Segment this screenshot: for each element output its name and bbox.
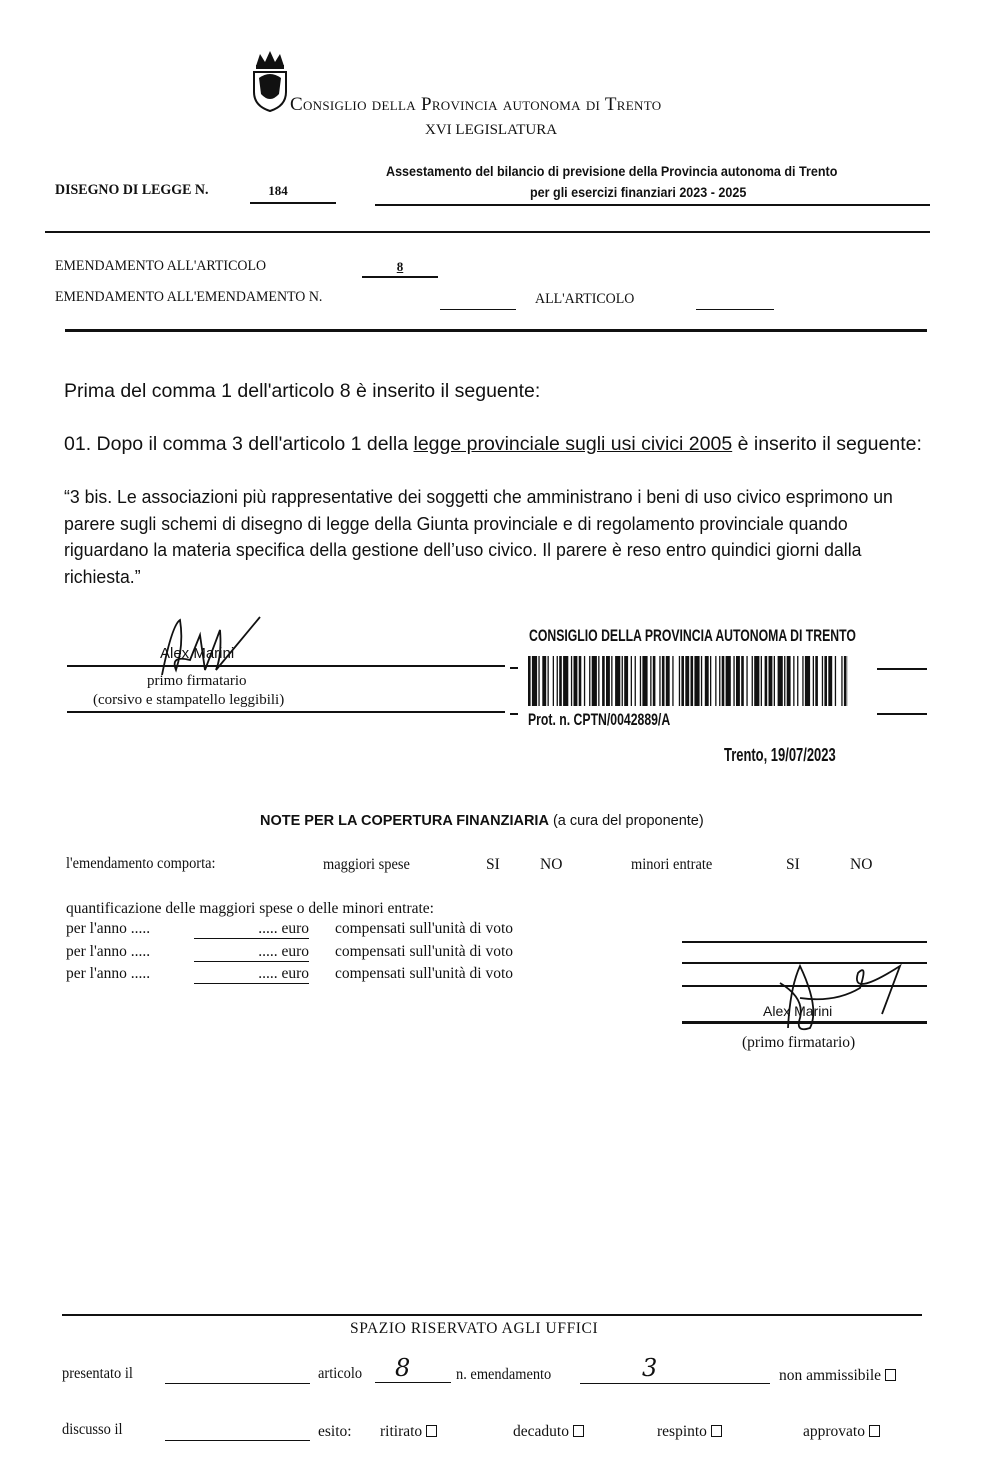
more-expenses-yes[interactable]: SI [486,856,500,874]
divider-1 [45,231,930,233]
signature-instructions: (corsivo e stampatello leggibili) [93,692,284,709]
quantification-amount[interactable]: ..... euro [194,943,309,962]
divider-2 [65,329,927,332]
financial-signer-role: (primo firmatario) [742,1034,855,1052]
bill-title-line1: Assestamento del bilancio di previsione … [386,164,837,179]
law-reference-link[interactable]: legge provinciale sugli usi civici 2005 [414,433,733,455]
amendment-to-article-field[interactable] [696,291,774,310]
quantification-year: per l'anno ..... [66,920,150,938]
amendment-to-article-label: ALL'ARTICOLO [535,291,634,308]
bill-title-underline [375,204,930,206]
amendment-to-amendment-field[interactable] [440,291,516,310]
inadmissible-label: non ammissibile [779,1367,881,1384]
paragraph-prefix: 01. Dopo il comma 3 dell'articolo 1 dell… [64,433,414,455]
article-handwritten-value: 8 [395,1354,410,1382]
protocol-number: Prot. n. CPTN/0042889/A [528,710,670,730]
quantification-offset: compensati sull'unità di voto [335,943,513,961]
bill-number-underline [250,202,336,204]
amendment-no-label: n. emendamento [456,1366,551,1384]
trento-coat-of-arms-icon [250,48,290,112]
article-field[interactable]: 8 [375,1360,451,1383]
amendment-paragraph: 01. Dopo il comma 3 dell'articolo 1 dell… [64,433,934,455]
outcome-label: approvato [803,1423,865,1440]
stamp-organization: CONSIGLIO DELLA PROVINCIA AUTONOMA DI TR… [529,626,856,646]
amendment-intro: Prima del comma 1 dell'articolo 8 è inse… [64,380,540,403]
stamp-mark-right-bottom [877,713,927,715]
outcome-label: respinto [657,1423,707,1440]
outcome-checkbox[interactable] [869,1425,880,1437]
amendment-to-amendment-label: EMENDAMENTO ALL'EMENDAMENTO N. [55,289,322,306]
outcome-option-decaduto[interactable]: decaduto [513,1423,584,1441]
signer-name-left: Alex Marini [160,645,234,662]
discussed-label: discusso il [62,1421,122,1439]
amendment-quote: “3 bis. Le associazioni più rappresentat… [64,484,904,590]
handwritten-signature-icon [780,958,910,1038]
financial-heading: NOTE PER LA COPERTURA FINANZIARIA (a cur… [260,813,704,829]
presented-label: presentato il [62,1365,133,1383]
bill-number-value: 184 [268,183,288,199]
bill-number: 184 [250,183,336,199]
amendment-no-handwritten-value: 3 [642,1354,657,1382]
paragraph-suffix: è inserito il seguente: [732,433,922,455]
stamp-place-date: Trento, 19/07/2023 [724,745,836,766]
outcome-option-ritirato[interactable]: ritirato [380,1423,437,1441]
bill-title-line2: per gli esercizi finanziari 2023 - 2025 [530,185,746,200]
less-revenue-no[interactable]: NO [850,856,872,874]
less-revenue-label: minori entrate [631,856,712,874]
quantification-amount[interactable]: ..... euro [194,920,309,939]
emblem [250,48,290,112]
signature-line-left [67,665,505,667]
quantification-year: per l'anno ..... [66,943,150,961]
financial-heading-bold: NOTE PER LA COPERTURA FINANZIARIA [260,813,549,829]
office-divider [62,1314,922,1316]
quantification-amount[interactable]: ..... euro [194,965,309,984]
barcode-icon [528,656,848,706]
outcome-label: decaduto [513,1423,569,1440]
financial-sign-line-1 [682,941,927,943]
outcome-checkbox[interactable] [426,1425,437,1437]
presented-date-field[interactable] [165,1366,310,1384]
quantification-year: per l'anno ..... [66,965,150,983]
council-title: Consiglio della Provincia autonoma di Tr… [290,94,661,116]
protocol-barcode [528,656,848,706]
outcome-option-approvato[interactable]: approvato [803,1423,880,1441]
outcome-checkbox[interactable] [573,1425,584,1437]
discussed-date-field[interactable] [165,1423,310,1441]
amendment-no-field[interactable]: 3 [580,1360,770,1384]
stamp-mark-right-top [877,668,927,670]
amendment-article-number: 8 [362,259,438,275]
financial-sign-line-main [682,1021,927,1024]
outcome-checkbox[interactable] [711,1425,722,1437]
quantification-label: quantificazione delle maggiori spese o d… [66,900,434,918]
legislature: XVI LEGISLATURA [425,122,557,139]
stamp-mark-left-top [510,667,518,669]
entails-label: l'emendamento comporta: [66,855,216,873]
financial-heading-note: (a cura del proponente) [549,813,704,829]
financial-signer-name: Alex Marini [763,1003,832,1019]
signature-instructions-line [67,711,505,713]
quantification-offset: compensati sull'unità di voto [335,920,513,938]
article-label: articolo [318,1365,362,1383]
inadmissible-checkbox[interactable] [885,1369,896,1381]
more-expenses-no[interactable]: NO [540,856,562,874]
amendment-article-underline [362,276,438,278]
amendment-article-label: EMENDAMENTO ALL'ARTICOLO [55,258,266,275]
outcome-label: esito: [318,1423,352,1441]
more-expenses-label: maggiori spese [323,856,410,874]
inadmissible-option[interactable]: non ammissibile [779,1367,896,1385]
stamp-mark-left-bottom [510,713,518,715]
office-heading: SPAZIO RISERVATO AGLI UFFICI [350,1320,598,1338]
financial-signature [780,958,910,1038]
less-revenue-yes[interactable]: SI [786,856,800,874]
quantification-offset: compensati sull'unità di voto [335,965,513,983]
outcome-label: ritirato [380,1423,422,1440]
signer-role-left: primo firmatario [147,673,247,690]
outcome-option-respinto[interactable]: respinto [657,1423,722,1441]
bill-label: DISEGNO DI LEGGE N. [55,182,208,199]
